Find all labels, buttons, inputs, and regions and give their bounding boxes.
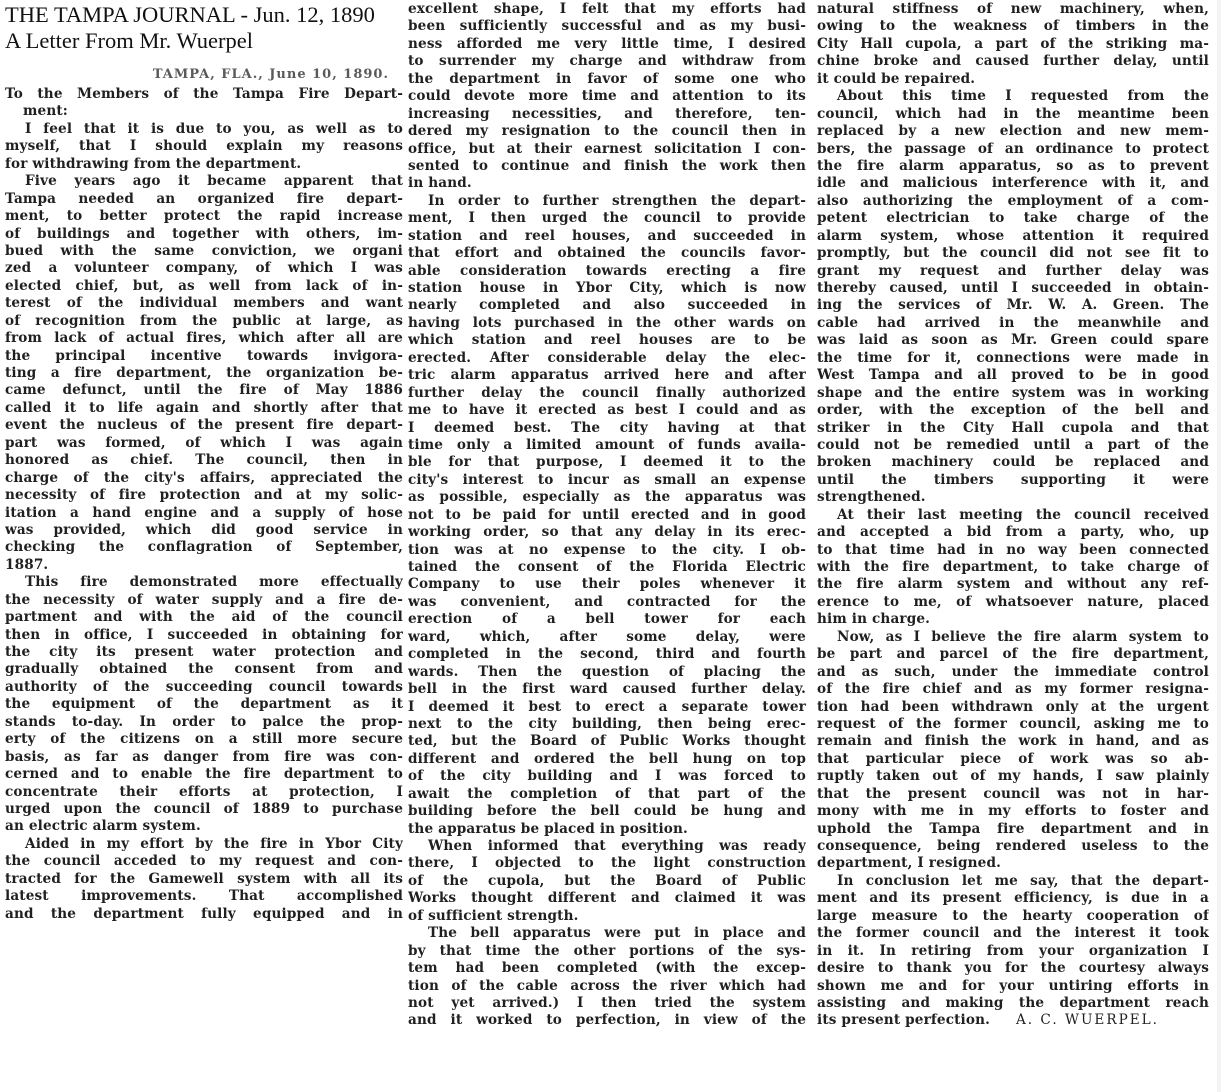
text-line: called it to life again and shortly afte… <box>5 400 403 417</box>
text-line: was provided, which did good service in <box>5 522 403 539</box>
text-line: ment, I then urged the council to provid… <box>408 210 806 227</box>
text-line: grant my request and further delay was <box>817 263 1209 280</box>
text-line: the department in favor of some one who <box>408 71 806 88</box>
text-line: that effort and obtained the councils fa… <box>408 245 806 262</box>
text-line: erection of a bell tower for each <box>408 611 806 628</box>
text-line: erected. After considerable delay the el… <box>408 350 806 367</box>
text-line: and as such, under the immediate control <box>817 664 1209 681</box>
text-line: tric alarm apparatus arrived here and af… <box>408 367 806 384</box>
text-line: petent electrician to take charge of the <box>817 210 1209 227</box>
text-line: next to the city building, then being er… <box>408 716 806 733</box>
text-line: sented to continue and finish the work t… <box>408 158 806 175</box>
text-line: strengthened. <box>817 489 1209 506</box>
text-line: and accepted a bid from a party, who, up <box>817 524 1209 541</box>
text-line: ness afforded me very little time, I des… <box>408 36 806 53</box>
text-line: station and reel houses, and succeeded i… <box>408 228 806 245</box>
text-line: thereby caused, until I succeeded in obt… <box>817 280 1209 297</box>
letter-salutation: To the Members of the Tampa Fire Depart-… <box>5 86 403 121</box>
text-line: ruptly taken out of my hands, I saw plai… <box>817 768 1209 785</box>
text-line: Now, as I believe the fire alarm system … <box>817 629 1209 646</box>
text-line: the council acceded to my request and co… <box>5 853 403 870</box>
text-line: of the city building and I was forced to <box>408 768 806 785</box>
text-line: Company to use their poles whenever it <box>408 576 806 593</box>
text-line: shape and the entire system was in worki… <box>817 385 1209 402</box>
text-line: could not be remedied until a part of th… <box>817 437 1209 454</box>
text-line: until the timbers supporting it were <box>817 472 1209 489</box>
text-line: council, which had in the meantime been <box>817 106 1209 123</box>
text-line: came defunct, until the fire of May 1886 <box>5 382 403 399</box>
text-line: department, I resigned. <box>817 855 1209 872</box>
text-line: not to be paid for until erected and in … <box>408 507 806 524</box>
text-line: then in office, I succeeded in obtaining… <box>5 627 403 644</box>
newspaper-title: THE TAMPA JOURNAL - Jun. 12, 1890 <box>5 2 403 28</box>
text-line: for withdrawing from the department. <box>5 156 403 173</box>
text-line: bued with the same conviction, we organi <box>5 243 403 260</box>
text-line: await the completion of that part of the <box>408 786 806 803</box>
text-line: and it worked to perfection, in view of … <box>408 1012 806 1029</box>
column-3-body: natural stiffness of new machinery, when… <box>817 1 1209 1030</box>
author-signature: A. C. WUERPEL. <box>1016 1012 1209 1029</box>
text-line: terest of the individual members and wan… <box>5 295 403 312</box>
text-line: Five years ago it became apparent that <box>5 173 403 190</box>
text-line: honored as chief. The council, then in <box>5 452 403 469</box>
text-line: ment, to better protect the rapid increa… <box>5 208 403 225</box>
text-line: able consideration towards erecting a fi… <box>408 263 806 280</box>
column-1-body: I feel that it is due to you, as well as… <box>5 121 403 923</box>
text-line: him in charge. <box>817 611 1209 628</box>
text-line: Aided in my effort by the fire in Ybor C… <box>5 836 403 853</box>
text-line: the apparatus be placed in position. <box>408 821 806 838</box>
text-line: to surrender my charge and withdraw from <box>408 53 806 70</box>
text-line: also authorizing the employment of a com… <box>817 193 1209 210</box>
text-line: owing to the weakness of timbers in the <box>817 18 1209 35</box>
text-line: that the present council was not in har- <box>817 786 1209 803</box>
text-line: different and ordered the bell hung on t… <box>408 751 806 768</box>
text-line: request of the former council, asking me… <box>817 716 1209 733</box>
column-2: excellent shape, I felt that my efforts … <box>408 1 806 1030</box>
text-line: partment and with the aid of the council <box>5 609 403 626</box>
text-line: having lots purchased in the other wards… <box>408 315 806 332</box>
letter-dateline: TAMPA, FLA., June 10, 1890. <box>5 66 403 84</box>
text-line: the former council and the interest it t… <box>817 925 1209 942</box>
page-edge <box>1217 0 1221 1092</box>
text-line: ted, but the Board of Public Works thoug… <box>408 733 806 750</box>
article-headline: A Letter From Mr. Wuerpel <box>5 28 403 54</box>
text-line: remain and finish the work in hand, and … <box>817 733 1209 750</box>
text-line: building before the bell could be hung a… <box>408 803 806 820</box>
text-line: itation a hand engine and a supply of ho… <box>5 505 403 522</box>
text-line: which station and reel houses are to be <box>408 332 806 349</box>
text-line: and the department fully equipped and in <box>5 906 403 923</box>
text-line: authority of the succeeding council towa… <box>5 679 403 696</box>
text-line: could devote more time and attention to … <box>408 88 806 105</box>
text-line: ble for that purpose, I deemed it to the <box>408 454 806 471</box>
text-line: mony with me in my efforts to foster and <box>817 803 1209 820</box>
paragraph: Now, as I believe the fire alarm system … <box>817 629 1209 873</box>
text-line: erence to me, of whatsoever nature, plac… <box>817 594 1209 611</box>
text-line: working order, so that any delay in its … <box>408 524 806 541</box>
text-line: uphold the Tampa fire department and in <box>817 821 1209 838</box>
paragraph: excellent shape, I felt that my efforts … <box>408 1 806 193</box>
paragraph: When informed that everything was readyt… <box>408 838 806 925</box>
text-line: its present perfection.A. C. WUERPEL. <box>817 1012 1209 1029</box>
text-line: completed in the second, third and fourt… <box>408 646 806 663</box>
text-line: I deemed it best to erect a separate tow… <box>408 699 806 716</box>
text-line: necessity of fire protection and at my s… <box>5 487 403 504</box>
text-line: gradually obtained the consent from and <box>5 661 403 678</box>
text-line: 1887. <box>5 557 403 574</box>
text-line: of the fire chief and as my former resig… <box>817 681 1209 698</box>
text-line: cerned and to enable the fire department… <box>5 766 403 783</box>
newspaper-page: THE TAMPA JOURNAL - Jun. 12, 1890 A Lett… <box>0 0 1221 1092</box>
text-line: large measure to the hearty cooperation … <box>817 908 1209 925</box>
text-line: About this time I requested from the <box>817 88 1209 105</box>
text-line: tained the consent of the Florida Electr… <box>408 559 806 576</box>
text-line: tion of the cable across the river which… <box>408 978 806 995</box>
text-line: tion was at no expense to the city. I ob… <box>408 542 806 559</box>
text-line: idle and malicious interference with it,… <box>817 175 1209 192</box>
text-line: not yet arrived.) I then tried the syste… <box>408 995 806 1012</box>
text-line: replaced by a new election and new mem- <box>817 123 1209 140</box>
text-line: ing the services of Mr. W. A. Green. The <box>817 297 1209 314</box>
text-line: part was formed, of which I was again <box>5 435 403 452</box>
text-line: the equipment of the department as it <box>5 696 403 713</box>
text-line: been sufficiently successful and as my b… <box>408 18 806 35</box>
text-line: charge of the city's affairs, appreciate… <box>5 470 403 487</box>
text-line: the fire alarm apparatus, so as to preve… <box>817 158 1209 175</box>
text-line: The bell apparatus were put in place and <box>408 925 806 942</box>
text-line: time only a limited amount of funds avai… <box>408 437 806 454</box>
text-line: it could be repaired. <box>817 71 1209 88</box>
text-line: In order to further strengthen the depar… <box>408 193 806 210</box>
text-line: ment and its present efficiency, is due … <box>817 890 1209 907</box>
text-line: promptly, but the council did not see fi… <box>817 245 1209 262</box>
text-line: checking the conflagration of September, <box>5 539 403 556</box>
text-line: elected chief, but, as well from lack of… <box>5 278 403 295</box>
text-line: stands to-day. In order to palce the pro… <box>5 714 403 731</box>
text-line: ward, which, after some delay, were <box>408 629 806 646</box>
paragraph: natural stiffness of new machinery, when… <box>817 1 1209 88</box>
closing-text: its present perfection. <box>817 1012 990 1029</box>
text-line: as possible, especially as the apparatus… <box>408 489 806 506</box>
text-line: that particular piece of work was so ab- <box>817 751 1209 768</box>
text-line: the city its present water protection an… <box>5 644 403 661</box>
column-1: THE TAMPA JOURNAL - Jun. 12, 1890 A Lett… <box>5 0 403 923</box>
text-line: further delay the council finally author… <box>408 385 806 402</box>
text-line: an electric alarm system. <box>5 818 403 835</box>
text-line: with the fire department, to take charge… <box>817 559 1209 576</box>
text-line: increasing necessities, and therefore, t… <box>408 106 806 123</box>
paragraph: About this time I requested from thecoun… <box>817 88 1209 507</box>
text-line: by that time the other portions of the s… <box>408 943 806 960</box>
text-line: striker in the City Hall cupola and that <box>817 420 1209 437</box>
text-line: was convenient, and contracted for the <box>408 594 806 611</box>
text-line: This fire demonstrated more effectually <box>5 574 403 591</box>
text-line: Tampa needed an organized fire depart- <box>5 191 403 208</box>
text-line: nearly completed and also succeeded in <box>408 297 806 314</box>
text-line: was laid as soon as Mr. Green could spar… <box>817 332 1209 349</box>
text-line: dered my resignation to the council then… <box>408 123 806 140</box>
text-line: concentrate their efforts at protection,… <box>5 784 403 801</box>
text-line: the principal incentive towards invigora… <box>5 348 403 365</box>
text-line: desire to thank you for the courtesy alw… <box>817 960 1209 977</box>
text-line: in it. In retiring from your organizatio… <box>817 943 1209 960</box>
text-line: office, but at their earnest solicitatio… <box>408 141 806 158</box>
text-line: of the cupola, but the Board of Public <box>408 873 806 890</box>
text-line: I deemed best. The city having at that <box>408 420 806 437</box>
text-line: there, I objected to the light construct… <box>408 855 806 872</box>
text-line: I feel that it is due to you, as well as… <box>5 121 403 138</box>
text-line: event the nucleus of the present fire de… <box>5 417 403 434</box>
text-line: the necessity of water supply and a fire… <box>5 592 403 609</box>
text-line: order, with the exception of the bell an… <box>817 402 1209 419</box>
text-line: the fire alarm system and without any re… <box>817 576 1209 593</box>
text-line: bers, the passage of an ordinance to pro… <box>817 141 1209 158</box>
text-line: station house in Ybor City, which is now <box>408 280 806 297</box>
text-line: urged upon the council of 1889 to purcha… <box>5 801 403 818</box>
text-line: of buildings and together with others, i… <box>5 226 403 243</box>
paragraph: The bell apparatus were put in place and… <box>408 925 806 1030</box>
text-line: to that time had in no way been connecte… <box>817 542 1209 559</box>
text-line: In conclusion let me say, that the depar… <box>817 873 1209 890</box>
text-line: latest improvements. That accomplished <box>5 888 403 905</box>
text-line: West Tampa and all proved to be in good <box>817 367 1209 384</box>
paragraph: Five years ago it became apparent thatTa… <box>5 173 403 574</box>
text-line: erty of the citizens on a still more sec… <box>5 731 403 748</box>
text-line: zed a volunteer company, of which I was <box>5 260 403 277</box>
text-line: When informed that everything was ready <box>408 838 806 855</box>
salutation-line: ment: <box>5 103 403 120</box>
text-line: tracted for the Gamewell system with all… <box>5 871 403 888</box>
text-line: excellent shape, I felt that my efforts … <box>408 1 806 18</box>
text-line: chine broke and caused further delay, un… <box>817 53 1209 70</box>
paragraph: In conclusion let me say, that the depar… <box>817 873 1209 1030</box>
text-line: broken machinery could be replaced and <box>817 454 1209 471</box>
text-line: bell in the first ward caused further de… <box>408 681 806 698</box>
text-line: ting a fire department, the organization… <box>5 365 403 382</box>
text-line: assisting and making the department reac… <box>817 995 1209 1012</box>
text-line: shown me and for your untiring efforts i… <box>817 978 1209 995</box>
text-line: in hand. <box>408 175 806 192</box>
column-2-body: excellent shape, I felt that my efforts … <box>408 1 806 1030</box>
text-line: of sufficient strength. <box>408 908 806 925</box>
paragraph: This fire demonstrated more effectuallyt… <box>5 574 403 836</box>
text-line: cable had arrived in the meanwhile and <box>817 315 1209 332</box>
text-line: consequence, being rendered useless to t… <box>817 838 1209 855</box>
text-line: basis, as far as danger from fire was co… <box>5 749 403 766</box>
text-line: wards. Then the question of placing the <box>408 664 806 681</box>
text-line: City Hall cupola, a part of the striking… <box>817 36 1209 53</box>
paragraph: In order to further strengthen the depar… <box>408 193 806 838</box>
text-line: Works thought different and claimed it w… <box>408 890 806 907</box>
salutation-line: To the Members of the Tampa Fire Depart- <box>5 86 403 103</box>
text-line: of recognition from the public at large,… <box>5 313 403 330</box>
text-line: from lack of actual fires, which after a… <box>5 330 403 347</box>
text-line: me to have it erected as best I could an… <box>408 402 806 419</box>
text-line: alarm system, whose attention it require… <box>817 228 1209 245</box>
text-line: natural stiffness of new machinery, when… <box>817 1 1209 18</box>
paragraph: At their last meeting the council receiv… <box>817 507 1209 629</box>
column-3: natural stiffness of new machinery, when… <box>817 1 1209 1030</box>
paragraph: I feel that it is due to you, as well as… <box>5 121 403 173</box>
text-line: be part and parcel of the fire departmen… <box>817 646 1209 663</box>
text-line: tem had been completed (with the excep- <box>408 960 806 977</box>
text-line: At their last meeting the council receiv… <box>817 507 1209 524</box>
text-line: tion had been withdrawn only at the urge… <box>817 699 1209 716</box>
text-line: myself, that I should explain my reasons <box>5 138 403 155</box>
paragraph: Aided in my effort by the fire in Ybor C… <box>5 836 403 923</box>
text-line: the time for it, connections were made i… <box>817 350 1209 367</box>
text-line: city's interest to incur as small an exp… <box>408 472 806 489</box>
